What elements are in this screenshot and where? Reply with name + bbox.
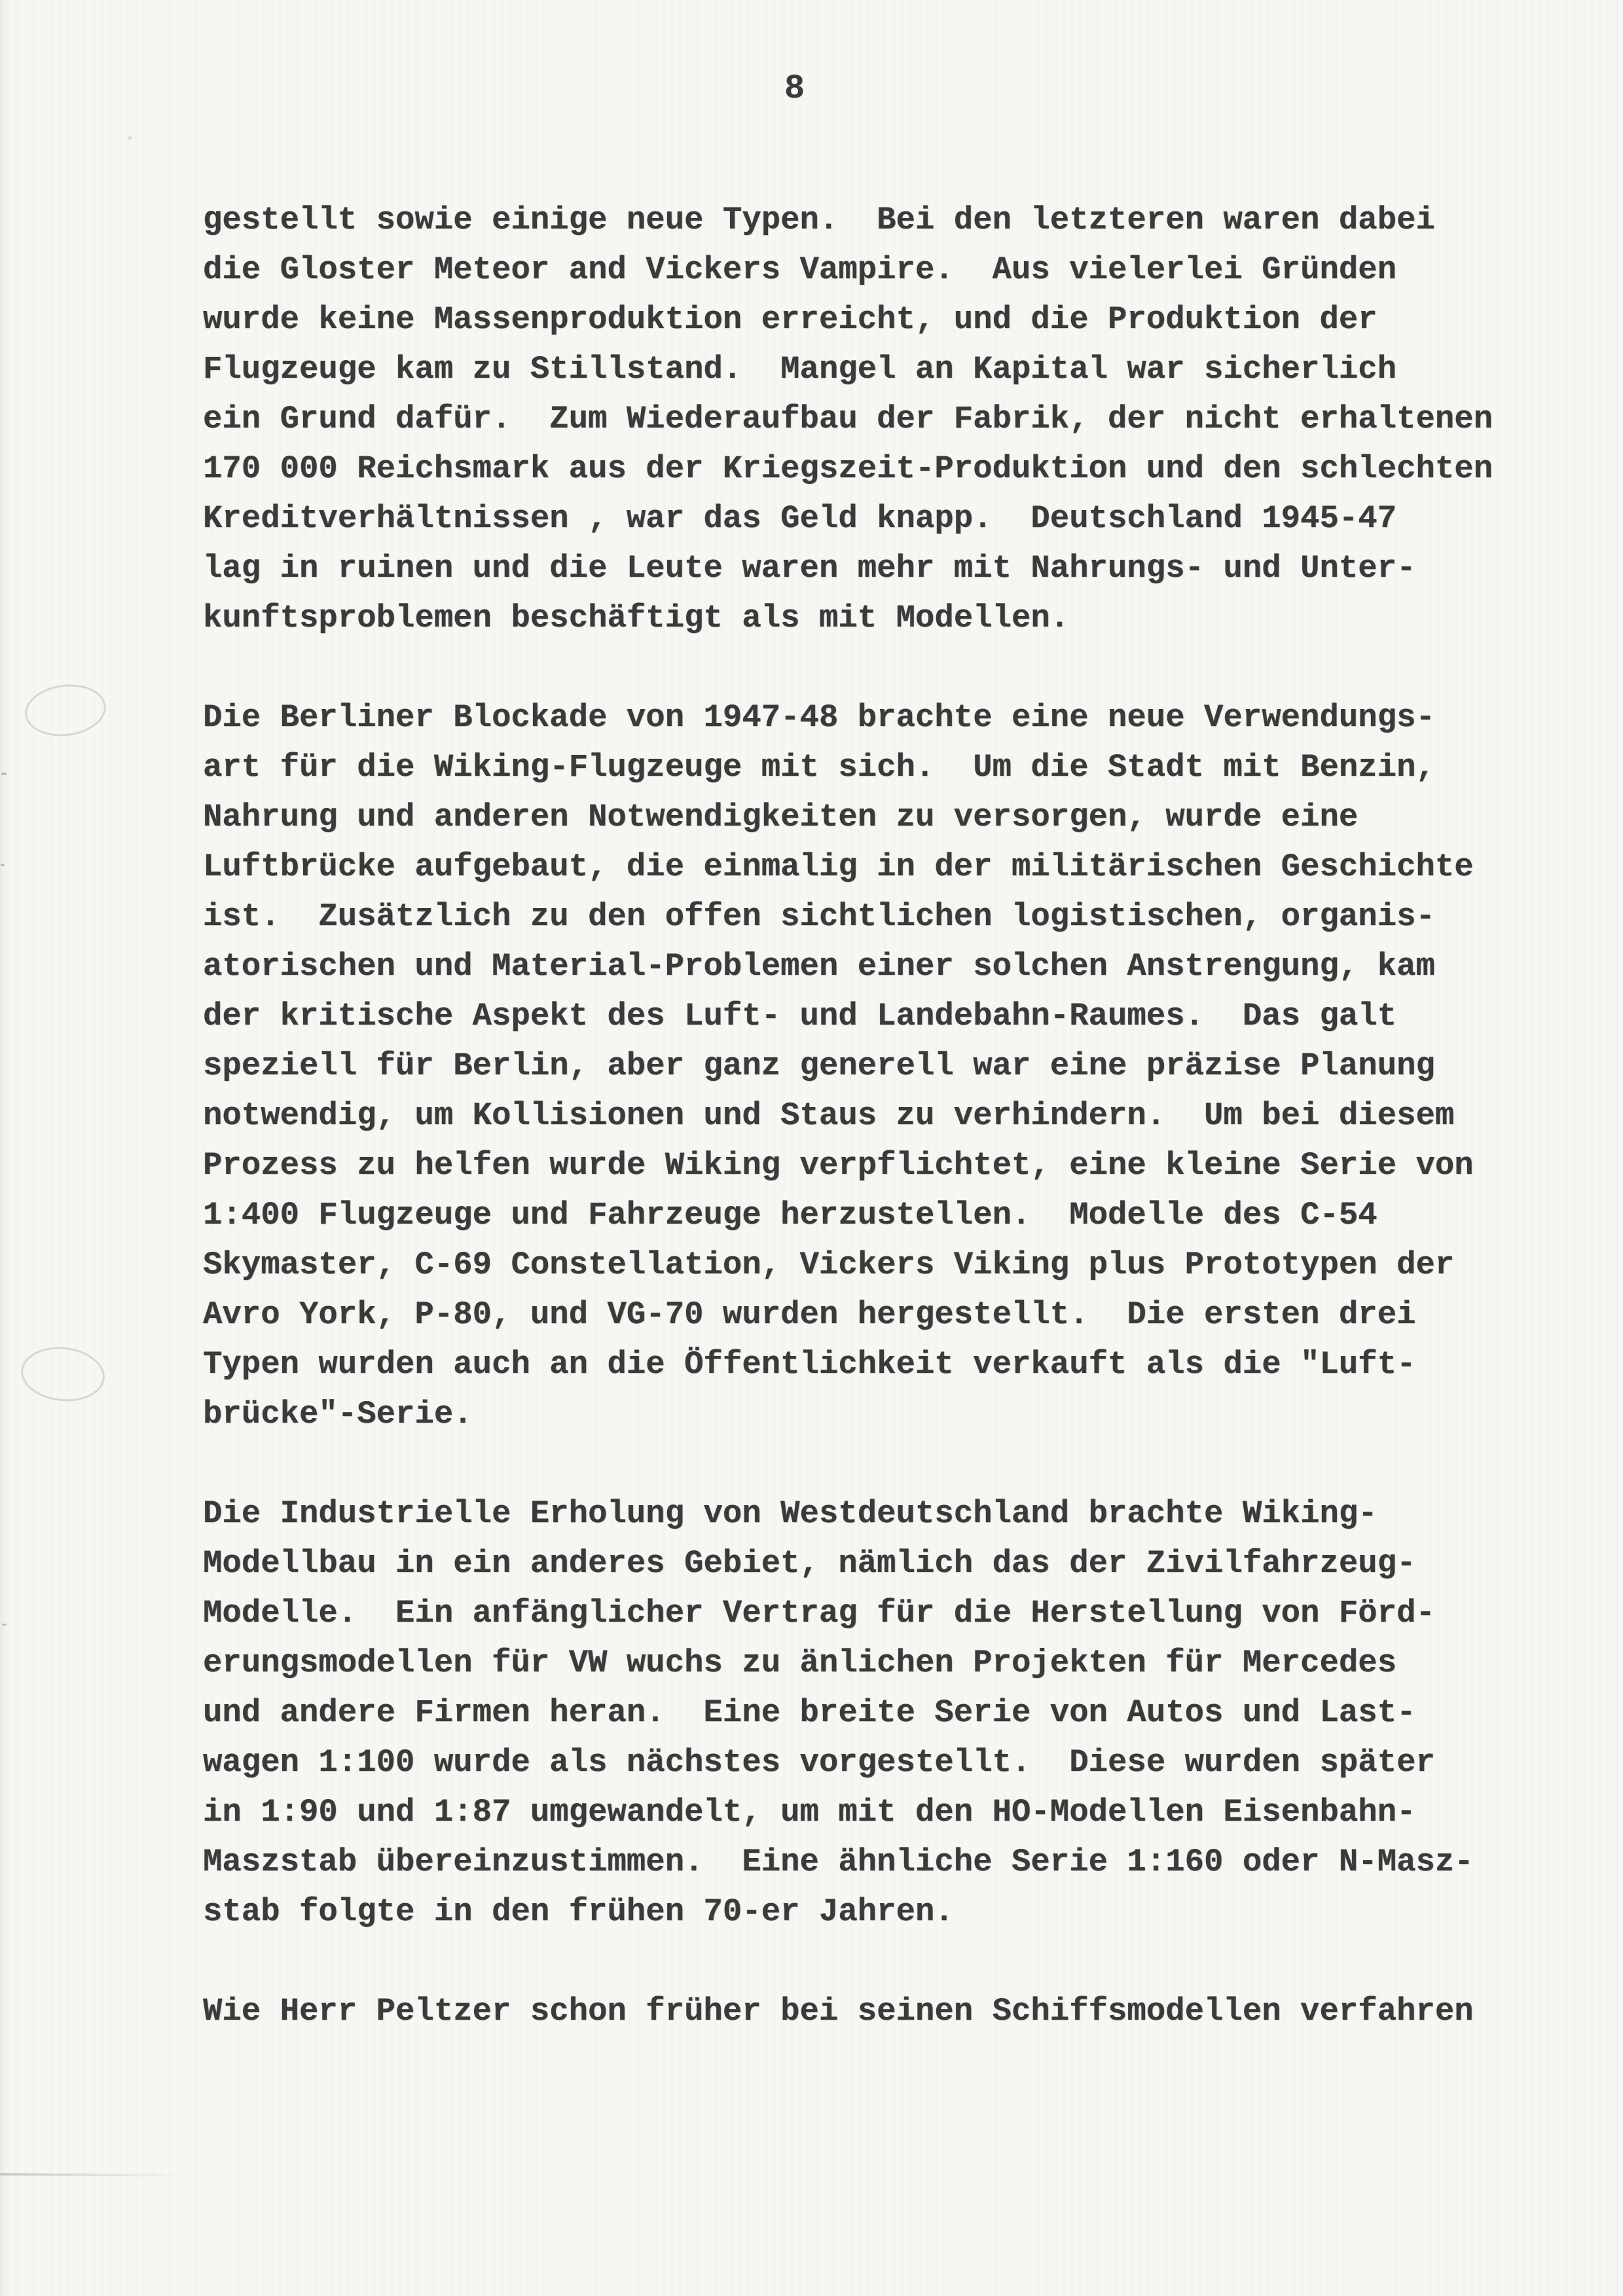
scan-smudge-artifact <box>0 2173 190 2177</box>
paragraph-civil-vehicles: Die Industrielle Erholung von Westdeutsc… <box>203 1489 1545 1937</box>
text-line: Skymaster, C-69 Constellation, Vickers V… <box>203 1240 1545 1290</box>
paragraph-production-halt: gestellt sowie einige neue Typen. Bei de… <box>203 195 1545 643</box>
text-line: Typen wurden auch an die Öffentlichkeit … <box>203 1339 1545 1389</box>
scan-speck-artifact <box>1 773 7 775</box>
page-number: 8 <box>784 69 805 108</box>
text-line: Prozess zu helfen wurde Wiking verpflich… <box>203 1140 1545 1190</box>
document-body: gestellt sowie einige neue Typen. Bei de… <box>203 195 1545 2086</box>
text-line: ein Grund dafür. Zum Wiederaufbau der Fa… <box>203 394 1545 444</box>
scan-speck-artifact <box>1 864 5 866</box>
text-line: gestellt sowie einige neue Typen. Bei de… <box>203 195 1545 245</box>
text-line: Kreditverhältnissen , war das Geld knapp… <box>203 494 1545 543</box>
text-line: kunftsproblemen beschäftigt als mit Mode… <box>203 593 1545 643</box>
text-line: Flugzeuge kam zu Stillstand. Mangel an K… <box>203 344 1545 394</box>
text-line: wagen 1:100 wurde als nächstes vorgestel… <box>203 1738 1545 1787</box>
text-line: atorischen und Material-Problemen einer … <box>203 941 1545 991</box>
text-line: 1:400 Flugzeuge und Fahrzeuge herzustell… <box>203 1190 1545 1240</box>
text-line: Luftbrücke aufgebaut, die einmalig in de… <box>203 842 1545 892</box>
text-line: Avro York, P-80, und VG-70 wurden herges… <box>203 1290 1545 1339</box>
text-line: erungsmodellen für VW wuchs zu änlichen … <box>203 1638 1545 1688</box>
text-line: notwendig, um Kollisionen und Staus zu v… <box>203 1091 1545 1140</box>
punch-hole-artifact <box>18 1343 107 1406</box>
text-line: Nahrung und anderen Notwendigkeiten zu v… <box>203 792 1545 842</box>
punch-hole-artifact <box>22 680 109 741</box>
text-line: Maszstab übereinzustimmen. Eine ähnliche… <box>203 1837 1545 1887</box>
text-line: ist. Zusätzlich zu den offen sichtlichen… <box>203 892 1545 941</box>
paragraph-berlin-blockade: Die Berliner Blockade von 1947-48 bracht… <box>203 693 1545 1439</box>
scan-speck-artifact <box>2 1624 7 1626</box>
text-line: Modelle. Ein anfänglicher Vertrag für di… <box>203 1588 1545 1638</box>
scanned-document-page: 8 gestellt sowie einige neue Typen. Bei … <box>0 0 1623 2296</box>
text-line: Modellbau in ein anderes Gebiet, nämlich… <box>203 1539 1545 1588</box>
text-line: die Gloster Meteor and Vickers Vampire. … <box>203 245 1545 295</box>
text-line: der kritische Aspekt des Luft- und Lande… <box>203 991 1545 1041</box>
text-line: Die Berliner Blockade von 1947-48 bracht… <box>203 693 1545 742</box>
scan-speck-artifact <box>128 136 132 139</box>
text-line: brücke"-Serie. <box>203 1389 1545 1439</box>
text-line: wurde keine Massenproduktion erreicht, u… <box>203 295 1545 344</box>
paragraph-peltzer-ships: Wie Herr Peltzer schon früher bei seinen… <box>203 1986 1545 2036</box>
text-line: lag in ruinen und die Leute waren mehr m… <box>203 543 1545 593</box>
text-line: 170 000 Reichsmark aus der Kriegszeit-Pr… <box>203 444 1545 494</box>
text-line: Die Industrielle Erholung von Westdeutsc… <box>203 1489 1545 1539</box>
text-line: stab folgte in den frühen 70-er Jahren. <box>203 1887 1545 1937</box>
text-line: art für die Wiking-Flugzeuge mit sich. U… <box>203 742 1545 792</box>
text-line: speziell für Berlin, aber ganz generell … <box>203 1041 1545 1091</box>
text-line: Wie Herr Peltzer schon früher bei seinen… <box>203 1986 1545 2036</box>
text-line: in 1:90 und 1:87 umgewandelt, um mit den… <box>203 1787 1545 1837</box>
text-line: und andere Firmen heran. Eine breite Ser… <box>203 1688 1545 1738</box>
